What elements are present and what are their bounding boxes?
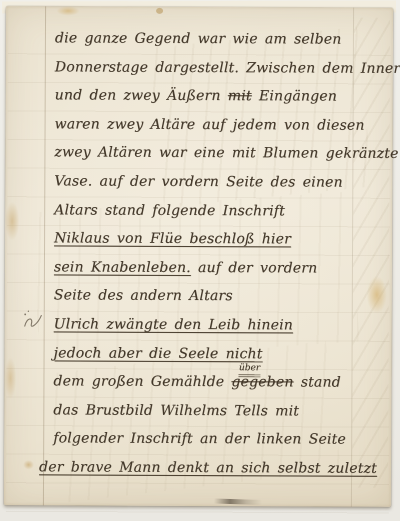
handwritten-segment: folgender Inschrift an der linken Seite — [53, 431, 346, 448]
manuscript-line: Altars stand folgende Inschrift — [54, 196, 386, 226]
manuscript-line: Ulrich zwängte den Leib hinein — [54, 310, 386, 340]
handwritten-segment: zwey Altären war eine mit Blumen gekränz… — [54, 145, 398, 163]
manuscript-line: Seite des andern Altars — [54, 282, 386, 312]
handwritten-segment: Vase. auf der vordern Seite des einen — [54, 173, 343, 190]
handwritten-segment: und den zwey Äußern — [55, 88, 228, 105]
manuscript-line: Niklaus von Flüe beschloß hier — [54, 225, 386, 255]
handwritten-segment: stand — [294, 375, 341, 391]
handwritten-segment: Donnerstage dargestellt. Zwischen dem In… — [55, 59, 400, 77]
inserted-word-above-line: über — [239, 364, 260, 377]
manuscript-line: jedoch aber die Seele nicht — [54, 339, 386, 369]
manuscript-text: die ganze Gegend war wie am selbenDonner… — [53, 24, 387, 483]
manuscript-line: Vase. auf der vordern Seite des einen — [54, 167, 386, 197]
handwritten-segment: die ganze Gegend war wie am selben — [55, 30, 342, 47]
manuscript-line: und den zwey Äußern mit Eingängen — [55, 82, 387, 112]
handwritten-segment: sein Knabenleben. — [54, 259, 191, 276]
handwritten-segment: Niklaus von Flüe beschloß hier — [54, 231, 291, 248]
handwritten-segment: Seite des andern Altars — [54, 288, 233, 305]
handwritten-segment: mit — [228, 88, 252, 104]
manuscript-line: folgender Inschrift an der linken Seite — [53, 425, 385, 455]
manuscript-line: der brave Mann denkt an sich selbst zule… — [39, 453, 385, 483]
manuscript-line: zwey Altären war eine mit Blumen gekränz… — [54, 139, 386, 169]
handwritten-segment: Ulrich zwängte den Leib hinein — [54, 316, 293, 333]
manuscript-line: die ganze Gegend war wie am selben — [55, 24, 387, 54]
handwritten-segment: dem großen Gemählde — [53, 373, 231, 390]
handwritten-segment: auf der vordern — [191, 260, 318, 277]
manuscript-line: sein Knabenleben. auf der vordern — [54, 253, 386, 283]
manuscript-line: dem großen Gemählde gegebenüber stand — [53, 367, 385, 397]
manuscript-line: Donnerstage dargestellt. Zwischen dem In… — [55, 53, 387, 83]
manuscript-page: die ganze Gegend war wie am selbenDonner… — [4, 6, 393, 507]
handwritten-segment: das Brustbild Wilhelms Tells mit — [53, 402, 299, 419]
manuscript-line: waren zwey Altäre auf jedem von diesen — [55, 110, 387, 140]
handwritten-segment: waren zwey Altäre auf jedem von diesen — [55, 116, 365, 133]
foxing-stain — [52, 4, 84, 17]
manuscript-line: das Brustbild Wilhelms Tells mit — [53, 396, 385, 426]
handwritten-segment: der brave Mann denkt an sich selbst zule… — [39, 459, 377, 476]
handwritten-segment: Altars stand folgende Inschrift — [54, 202, 285, 219]
handwritten-segment: gegebenüber — [231, 374, 293, 390]
handwritten-segment: jedoch aber die Seele nicht — [54, 345, 263, 362]
foxing-stain — [156, 8, 163, 14]
handwritten-segment: Eingängen — [252, 88, 337, 104]
